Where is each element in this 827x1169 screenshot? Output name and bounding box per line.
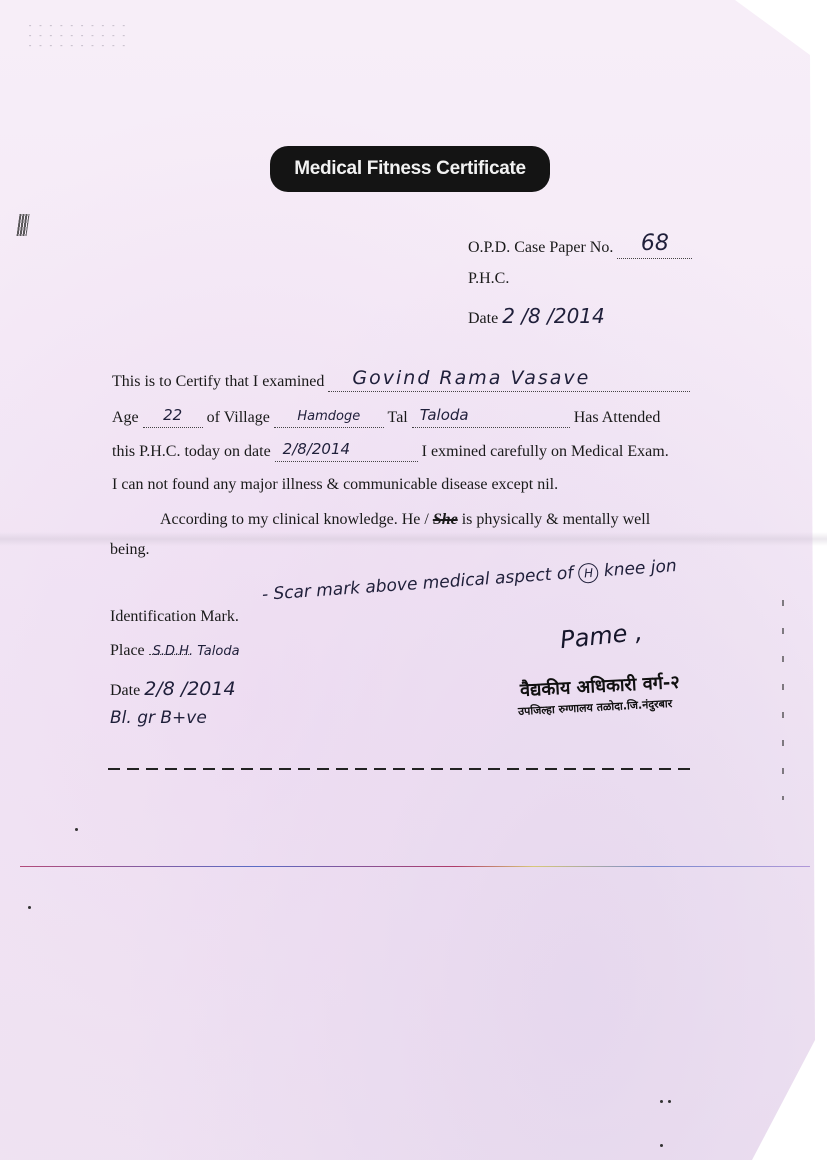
circled-side-mark: H <box>578 562 599 583</box>
header-mark-line: - - - - - - - - - - <box>28 42 138 52</box>
tal-field: Taloda <box>412 408 570 428</box>
examined-text: I exmined carefully on Medical Exam. <box>422 443 669 460</box>
paper-speck <box>660 1100 663 1103</box>
opd-label: O.P.D. Case Paper No. <box>468 239 613 256</box>
bottom-date-row: Date 2/8 /2014 <box>110 678 236 700</box>
certificate-title: Medical Fitness Certificate <box>294 158 526 180</box>
place-row: Place S.D.H. Taloda <box>110 642 280 660</box>
dashed-separator <box>108 768 696 770</box>
age-village-row: Age 22 of Village Hamdoge Tal Taloda Has… <box>112 408 660 428</box>
village-value: Hamdoge <box>297 409 360 424</box>
paper-speck <box>668 1100 671 1103</box>
paper-speck <box>28 906 31 909</box>
opd-case-paper-row: O.P.D. Case Paper No. 68 <box>468 233 692 259</box>
today-date-value: 2/8/2014 <box>283 440 350 458</box>
tal-label: Tal <box>388 409 408 426</box>
certify-label: This is to Certify that I examined <box>112 373 324 390</box>
illness-text: I can not found any major illness & comm… <box>112 476 558 494</box>
attended-label: Has Attended <box>574 409 661 426</box>
top-date-value: 2 /8 /2014 <box>502 304 605 328</box>
patient-name-field: Govind Rama Vasave <box>328 369 690 392</box>
paper-speck <box>75 828 78 831</box>
top-date-label: Date <box>468 310 498 327</box>
bottom-date-value: 2/8 /2014 <box>144 678 235 700</box>
tear-line <box>20 866 810 867</box>
today-date-row: this P.H.C. today on date 2/8/2014 I exm… <box>112 442 669 462</box>
header-print-marks: - - - - - - - - - - - - - - - - - - - - … <box>28 22 138 52</box>
place-value: S.D.H. Taloda <box>153 644 240 659</box>
blood-group: Bl. gr B+ve <box>110 708 207 728</box>
header-mark-line: - - - - - - - - - - <box>28 22 138 32</box>
clinical-prefix: According to my clinical knowledge. He / <box>160 511 429 528</box>
tal-value: Taloda <box>420 406 469 424</box>
today-date-label: this P.H.C. today on date <box>112 443 271 460</box>
certify-row: This is to Certify that I examined Govin… <box>112 369 690 392</box>
certificate-title-banner: Medical Fitness Certificate <box>270 146 550 192</box>
today-date-field: 2/8/2014 <box>275 442 418 462</box>
identification-value-end: knee jon <box>603 556 677 581</box>
being-text: being. <box>110 541 150 559</box>
opd-field: 68 <box>617 233 692 259</box>
age-field: 22 <box>143 408 203 428</box>
place-label: Place <box>110 642 145 659</box>
phc-label: P.H.C. <box>468 270 509 288</box>
opd-value: 68 <box>641 231 669 256</box>
struck-pronoun: She <box>433 511 458 528</box>
clinical-row: According to my clinical knowledge. He /… <box>160 511 650 529</box>
identification-label: Identification Mark. <box>110 608 239 626</box>
age-label: Age <box>112 409 139 426</box>
bottom-date-label: Date <box>110 682 140 699</box>
fold-mark <box>782 600 784 800</box>
patient-name-value: Govind Rama Vasave <box>352 367 590 389</box>
header-mark-line: - - - - - - - - - - <box>28 32 138 42</box>
village-field: Hamdoge <box>274 409 384 428</box>
age-value: 22 <box>163 406 182 424</box>
paper-speck <box>660 1144 663 1147</box>
clinical-suffix: is physically & mentally well <box>462 511 650 528</box>
top-date-row: Date 2 /8 /2014 <box>468 304 605 328</box>
village-label: of Village <box>207 409 270 426</box>
